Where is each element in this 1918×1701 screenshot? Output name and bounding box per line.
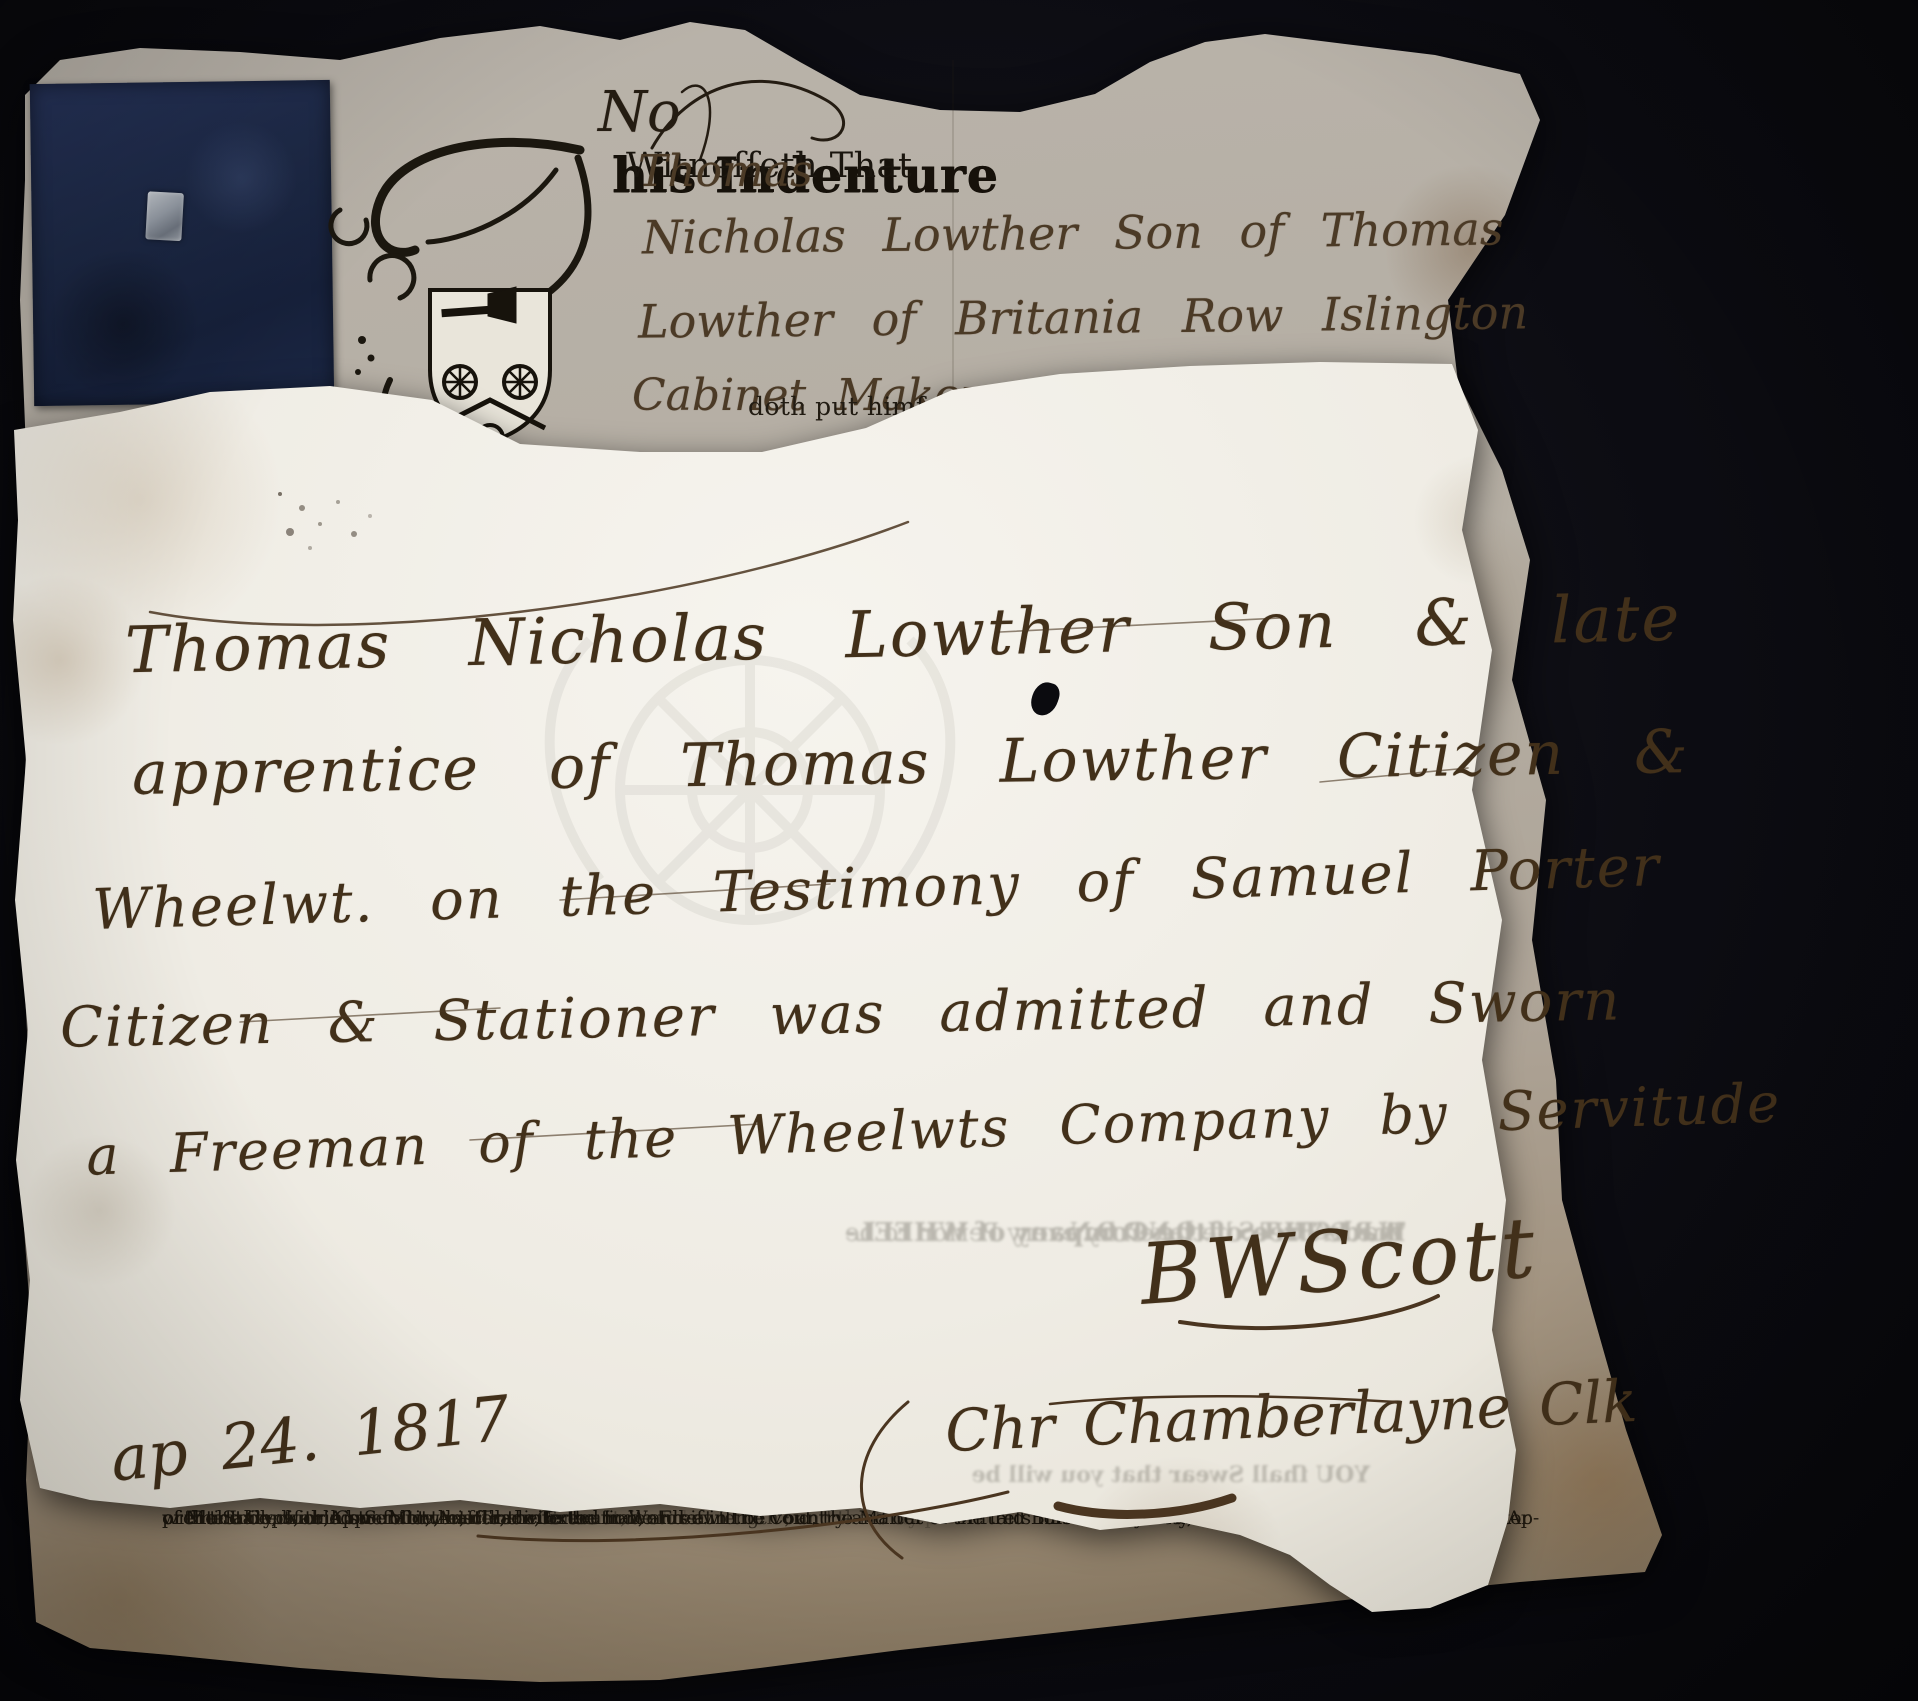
foxing-spots xyxy=(278,492,282,496)
show-through-oath-text: YOU ſhall Swear that you will be xyxy=(1040,1462,1370,1488)
scanned-indenture-document: No his IndentureWitneſſeth ThatThomas Ni… xyxy=(0,0,1918,1701)
